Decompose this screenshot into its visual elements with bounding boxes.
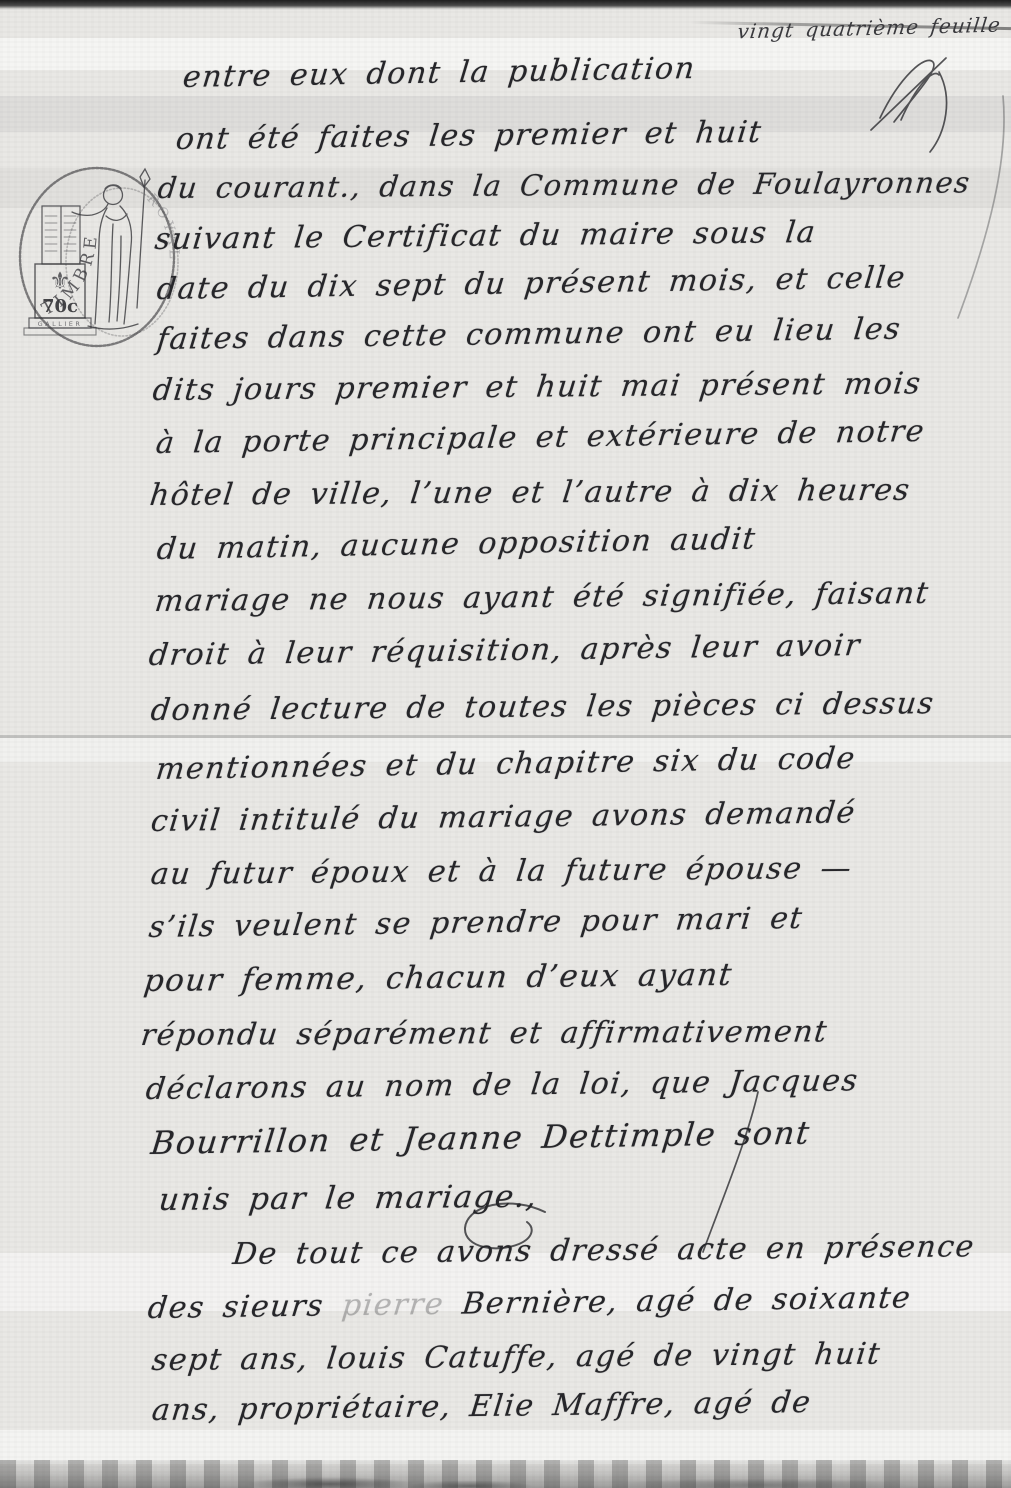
stamp-faint-oval — [66, 188, 178, 336]
manuscript-line: répondu séparément et affirmativement — [139, 1014, 830, 1053]
line-fragment: Bernière, agé de soixante — [460, 1280, 913, 1321]
stamp-denomination: 70c — [42, 296, 78, 317]
manuscript-line: dits jours premier et huit mai présent m… — [151, 366, 924, 408]
manuscript-line: à la porte principale et extérieure de n… — [154, 414, 927, 461]
manuscript-line: du courant., dans la Commune de Foulayro… — [156, 165, 973, 205]
manuscript-line: civil intitulé du mariage avons demandé — [149, 795, 858, 839]
manuscript-line: droit à leur réquisition, après leur avo… — [147, 628, 863, 673]
manuscript-line: suivant le Certificat du maire sous la — [153, 215, 818, 257]
manuscript-line: mariage ne nous ayant été signifiée, fai… — [153, 576, 931, 619]
manuscript-line: donné lecture de toutes les pièces ci de… — [149, 686, 937, 728]
manuscript-line: date du dix sept du présent mois, et cel… — [155, 260, 908, 307]
manuscript-line: unis par le mariage., — [157, 1179, 540, 1218]
fold-crease-line — [0, 735, 1011, 738]
manuscript-line: des sieurs pierre Bernière, agé de soixa… — [146, 1280, 913, 1326]
manuscript-line: De tout ce avons dressé acte en présence — [231, 1229, 977, 1272]
fleur-de-lis-icon: ⚜ — [49, 267, 71, 295]
manuscript-line: hôtel de ville, l’une et l’autre à dix h… — [148, 473, 913, 513]
page-top-edge-line — [0, 0, 1011, 10]
manuscript-line: ont été faites les premier et huit — [174, 115, 764, 157]
manuscript-line: au futur époux et à la future épouse — — [149, 851, 854, 892]
stamp-tablet — [42, 206, 80, 264]
stamp-outer-ring — [20, 168, 174, 346]
bottom-smudge-band — [0, 1460, 1011, 1488]
line-fragment-faded-word: pierre — [340, 1287, 446, 1323]
manuscript-line: s’ils veulent se prendre pour mari et — [147, 901, 805, 945]
stamp-figure — [72, 169, 150, 329]
folio-header-note: vingt quatrième feuille — [736, 13, 1002, 44]
stamp-base-inscription: GALLIER — [38, 320, 83, 328]
manuscript-line: entre eux dont la publication — [181, 51, 697, 95]
manuscript-line: pour femme, chacun d’eux ayant — [142, 957, 735, 999]
manuscript-line: sept ans, louis Catuffe, agé de vingt hu… — [150, 1337, 883, 1378]
scan-highlight-band-bottom — [0, 1430, 1011, 1464]
line-fragment: des sieurs — [146, 1289, 326, 1326]
stamp-plinth: ⚜ 70c GALLIER — [24, 264, 96, 335]
manuscript-line: ans, propriétaire, Elie Maffre, agé de — [150, 1385, 813, 1428]
manuscript-line: du matin, aucune opposition audit — [155, 522, 758, 567]
manuscript-line: déclarons au nom de la loi, que Jacques — [144, 1063, 860, 1107]
document-scan-page: vingt quatrième feuille TIMBRE ROYAL ⚜ 7… — [0, 0, 1011, 1488]
stamp-caption-timbre: TIMBRE — [39, 231, 103, 320]
manuscript-line: faites dans cette commune ont eu lieu le… — [155, 312, 903, 357]
manuscript-line: mentionnées et du chapitre six du code — [154, 741, 858, 787]
svg-text:TIMBRE: TIMBRE — [39, 231, 103, 320]
manuscript-line: Bourrillon et Jeanne Dettimple sont — [149, 1114, 813, 1162]
